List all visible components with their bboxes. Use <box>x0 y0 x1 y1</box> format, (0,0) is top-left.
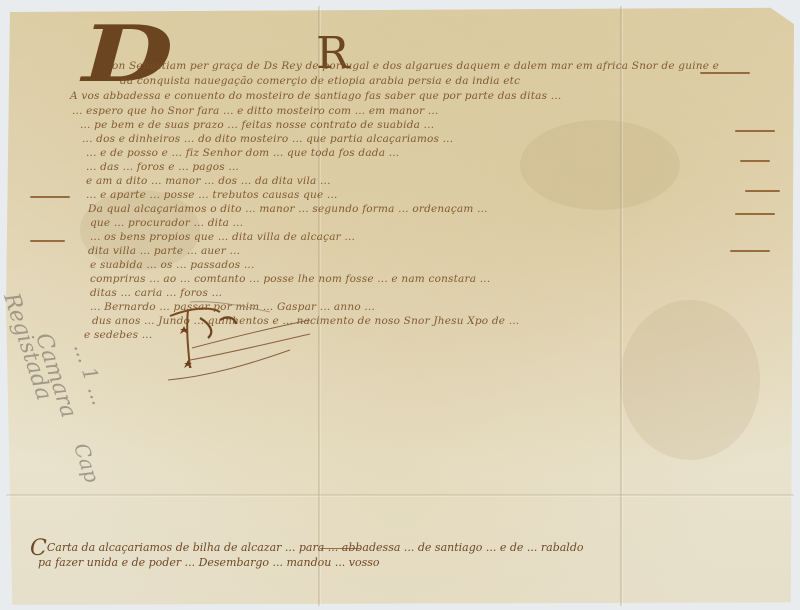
text-line: on Sebastiam per graça de Ds Rey de port… <box>112 60 719 72</box>
footer-text-line: pa fazer unida e de poder ... Desembargo… <box>38 556 380 569</box>
line-filler-dash <box>740 160 770 162</box>
text-line: ... pe bem e de suas prazo ... feitas no… <box>80 119 434 131</box>
line-filler-dash <box>30 196 70 198</box>
text-line: compriras ... ao ... comtanto ... posse … <box>90 273 490 285</box>
text-line: e am a dito ... manor ... dos ... da dit… <box>86 175 331 187</box>
text-line: ... dos e dinheiros ... do dito mosteiro… <box>82 133 453 145</box>
text-line: dita villa ... parte ... auer ... <box>88 245 240 257</box>
fold-line-vertical <box>620 6 623 606</box>
footer-line-1: Carta da alcaçariamos de bilha de alcaza… <box>47 541 584 554</box>
stain <box>620 300 760 460</box>
text-line: ... e aparte ... posse ... trebutos caus… <box>86 189 338 201</box>
line-filler-dash <box>735 213 775 215</box>
line-filler-dash <box>700 72 750 74</box>
line-filler-dash <box>745 190 780 192</box>
stain <box>80 190 200 270</box>
text-line: ... os bens propios que ... dita villa d… <box>90 231 355 243</box>
stain <box>520 120 680 210</box>
royal-signature-icon <box>160 298 320 388</box>
line-filler-dash <box>30 240 65 242</box>
text-line: ... espero que ho Snor fara ... e ditto … <box>72 105 438 117</box>
text-line: ... das ... foros e ... pagos ... <box>86 161 239 173</box>
text-line: e sedebes ... <box>84 329 152 341</box>
text-line: ... e de posso e ... fiz Senhor dom ... … <box>86 147 399 159</box>
text-line: que ... procurador ... dita ... <box>90 217 243 229</box>
text-line: Da qual alcaçariamos o dito ... manor ..… <box>88 203 488 215</box>
text-line: da conquista nauegação comerçio de etiop… <box>120 75 520 87</box>
line-filler-dash <box>735 130 775 132</box>
line-filler-dash <box>730 250 770 252</box>
text-line: e suabida ... os ... passados ... <box>90 259 255 271</box>
fold-line-horizontal <box>6 494 794 497</box>
text-line: A vos abbadessa e conuento do mosteiro d… <box>70 90 561 102</box>
